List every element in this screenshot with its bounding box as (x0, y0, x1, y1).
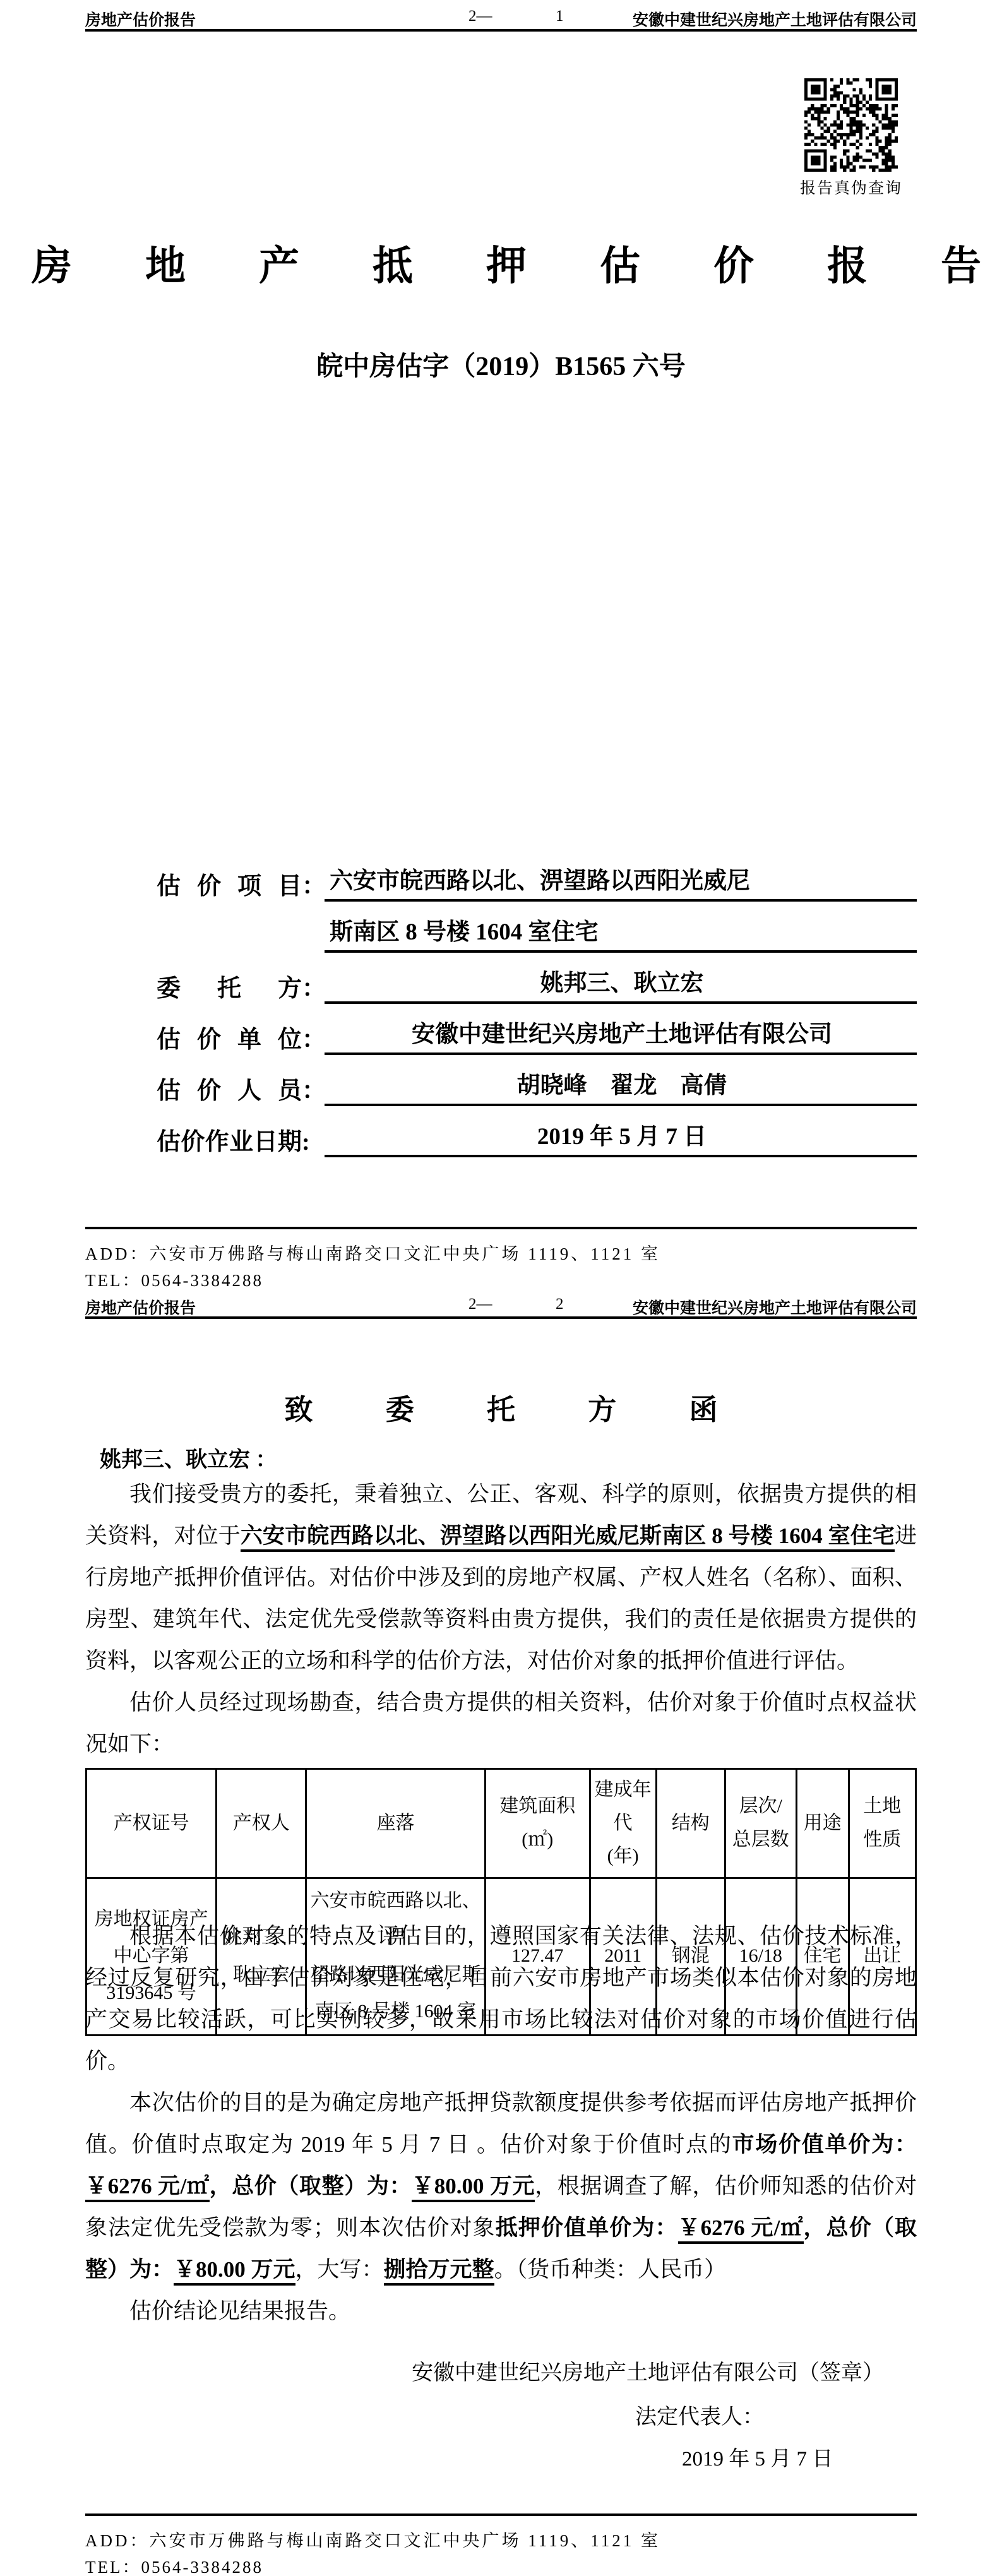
letter-salutation: 姚邦三、耿立宏 ： (100, 1442, 277, 1473)
table-header-cell: 层次/ 总层数 (725, 1769, 796, 1878)
emphasized-value: ￥6276 元/㎡ (85, 2174, 210, 2202)
paragraph: 根据本估价对象的特点及评估目的，遵照国家有关法律、法规、估价技术标准，经过反复研… (85, 1916, 917, 2082)
table-header-cell: 建筑面积 (㎡) (486, 1769, 590, 1878)
table-header-cell: 结构 (656, 1769, 725, 1878)
field-label: 委托方 (157, 974, 302, 1004)
emphasized-value: 六安市皖西路以北、淠望路以西阳光威尼斯南区 8 号楼 1604 室住宅 (241, 1524, 895, 1552)
qr-caption: 报告真伪查询 (793, 176, 909, 198)
field-label: 估价人员 (157, 1076, 302, 1106)
text-run: 总价（取整）为： (232, 2174, 412, 2198)
table-header-cell: 座落 (306, 1769, 486, 1878)
letter-body-top: 我们接受贵方的委托，秉着独立、公正、客观、科学的原则，依据贵方提供的相关资料，对… (85, 1474, 917, 1765)
table-header-cell: 用途 (796, 1769, 849, 1878)
table-header-cell: 土地 性质 (849, 1769, 916, 1878)
cover-field-row: 估价单位：安徽中建世纪兴房地产土地评估有限公司 (157, 1020, 917, 1055)
field-value: 姚邦三、耿立宏 (325, 969, 917, 1004)
field-colon: ： (302, 871, 325, 902)
text-run: ， (210, 2174, 232, 2198)
field-label: 估价单位 (157, 1025, 302, 1055)
page2-footer-phone: TEL：0564-3384288 (85, 2553, 263, 2576)
document-canvas: 房地产估价报告 2— 1 安徽中建世纪兴房地产土地评估有限公司 报告真伪查询 房… (0, 0, 1002, 2576)
field-value: 胡晓峰 翟龙 高倩 (325, 1071, 917, 1106)
closing-legal-representative: 法定代表人： (635, 2399, 764, 2430)
page1-header: 房地产估价报告 2— 1 安徽中建世纪兴房地产土地评估有限公司 (85, 8, 917, 29)
page-header-page-number: 1 (556, 8, 564, 25)
page1-footer-address: ADD：六安市万佛路与梅山南路交口文汇中央广场 1119、1121 室 (85, 1240, 660, 1265)
field-value: 六安市皖西路以北、淠望路以西阳光威尼 (325, 866, 917, 902)
page-header-page-prefix: 2— (468, 8, 492, 25)
paragraph: 估价结论见结果报告。 (85, 2291, 917, 2332)
field-colon: : (302, 1127, 325, 1157)
text-run: ， (804, 2215, 826, 2240)
page1-footer-phone: TEL：0564-3384288 (85, 1267, 263, 1291)
letter-title: 致 委 托 方 函 (0, 1386, 1002, 1428)
cover-fields: 估价项目：六安市皖西路以北、淠望路以西阳光威尼斯南区 8 号楼 1604 室住宅… (157, 866, 917, 1173)
emphasized-value: ￥80.00 万元 (412, 2174, 535, 2202)
field-colon: ： (302, 1025, 325, 1055)
table-header-cell: 产权证号 (86, 1769, 217, 1878)
page1-footer-rule (85, 1227, 917, 1229)
page-header-doc-type: 房地产估价报告 (85, 1296, 196, 1318)
cover-field-row: 估价项目：六安市皖西路以北、淠望路以西阳光威尼 (157, 866, 917, 902)
text-run: 估价人员经过现场勘查，结合贵方提供的相关资料，估价对象于价值时点权益状况如下： (85, 1690, 917, 1756)
paragraph: 估价人员经过现场勘查，结合贵方提供的相关资料，估价对象于价值时点权益状况如下： (85, 1682, 917, 1765)
page-header-company: 安徽中建世纪兴房地产土地评估有限公司 (633, 1296, 917, 1318)
field-value: 斯南区 8 号楼 1604 室住宅 (325, 917, 917, 953)
page2-header: 房地产估价报告 2— 2 安徽中建世纪兴房地产土地评估有限公司 (85, 1296, 917, 1317)
page1-header-rule (85, 29, 917, 32)
page-header-doc-type: 房地产估价报告 (85, 8, 196, 30)
page-header-page-number: 2 (556, 1296, 564, 1313)
paragraph: 本次估价的目的是为确定房地产抵押贷款额度提供参考依据而评估房地产抵押价值。价值时… (85, 2082, 917, 2291)
field-value: 2019 年 5 月 7 日 (325, 1122, 917, 1157)
page2-header-rule (85, 1316, 917, 1319)
cover-field-row: 委托方：姚邦三、耿立宏 (157, 969, 917, 1004)
field-label: 估价项目 (157, 871, 302, 902)
field-colon: ： (302, 1076, 325, 1106)
text-run: 。（货币种类：人民币） (494, 2257, 727, 2282)
closing-date: 2019 年 5 月 7 日 (682, 2442, 833, 2472)
text-run: 估价结论见结果报告。 (129, 2299, 350, 2323)
field-label: 估价作业日期 (157, 1127, 302, 1157)
text-run: ，大写： (295, 2257, 384, 2282)
emphasized-value: 捌拾万元整 (384, 2257, 494, 2286)
text-run: 市场价值单价为： (732, 2132, 917, 2157)
paragraph: 我们接受贵方的委托，秉着独立、公正、客观、科学的原则，依据贵方提供的相关资料，对… (85, 1474, 917, 1682)
report-number: 皖中房估字（2019）B1565 六号 (0, 345, 1002, 383)
text-run: 抵押价值单价为： (496, 2215, 678, 2240)
cover-field-row: 估价人员：胡晓峰 翟龙 高倩 (157, 1071, 917, 1106)
emphasized-value: ￥80.00 万元 (174, 2257, 295, 2286)
qr-code (804, 78, 898, 172)
cover-field-row: 估价作业日期:2019 年 5 月 7 日 (157, 1122, 917, 1157)
page-header-company: 安徽中建世纪兴房地产土地评估有限公司 (633, 8, 917, 30)
page-header-page-prefix: 2— (468, 1296, 492, 1313)
letter-body-bottom: 根据本估价对象的特点及评估目的，遵照国家有关法律、法规、估价技术标准，经过反复研… (85, 1916, 917, 2332)
emphasized-value: ￥6276 元/㎡ (678, 2215, 804, 2244)
closing-company-signature: 安徽中建世纪兴房地产土地评估有限公司（签章） (412, 2355, 884, 2386)
report-title: 房 地 产 抵 押 估 价 报 告 (0, 234, 1002, 292)
field-colon: ： (302, 974, 325, 1004)
cover-field-row: 斯南区 8 号楼 1604 室住宅 (157, 917, 917, 953)
field-value: 安徽中建世纪兴房地产土地评估有限公司 (325, 1020, 917, 1055)
table-header-row: 产权证号产权人座落建筑面积 (㎡)建成年代 (年)结构层次/ 总层数用途土地 性… (86, 1769, 916, 1878)
page2-footer-address: ADD：六安市万佛路与梅山南路交口文汇中央广场 1119、1121 室 (85, 2527, 660, 2551)
text-run: 根据本估价对象的特点及评估目的，遵照国家有关法律、法规、估价技术标准，经过反复研… (85, 1924, 917, 2073)
table-header-cell: 产权人 (217, 1769, 306, 1878)
page2-footer-rule (85, 2513, 917, 2516)
table-header-cell: 建成年代 (年) (590, 1769, 656, 1878)
